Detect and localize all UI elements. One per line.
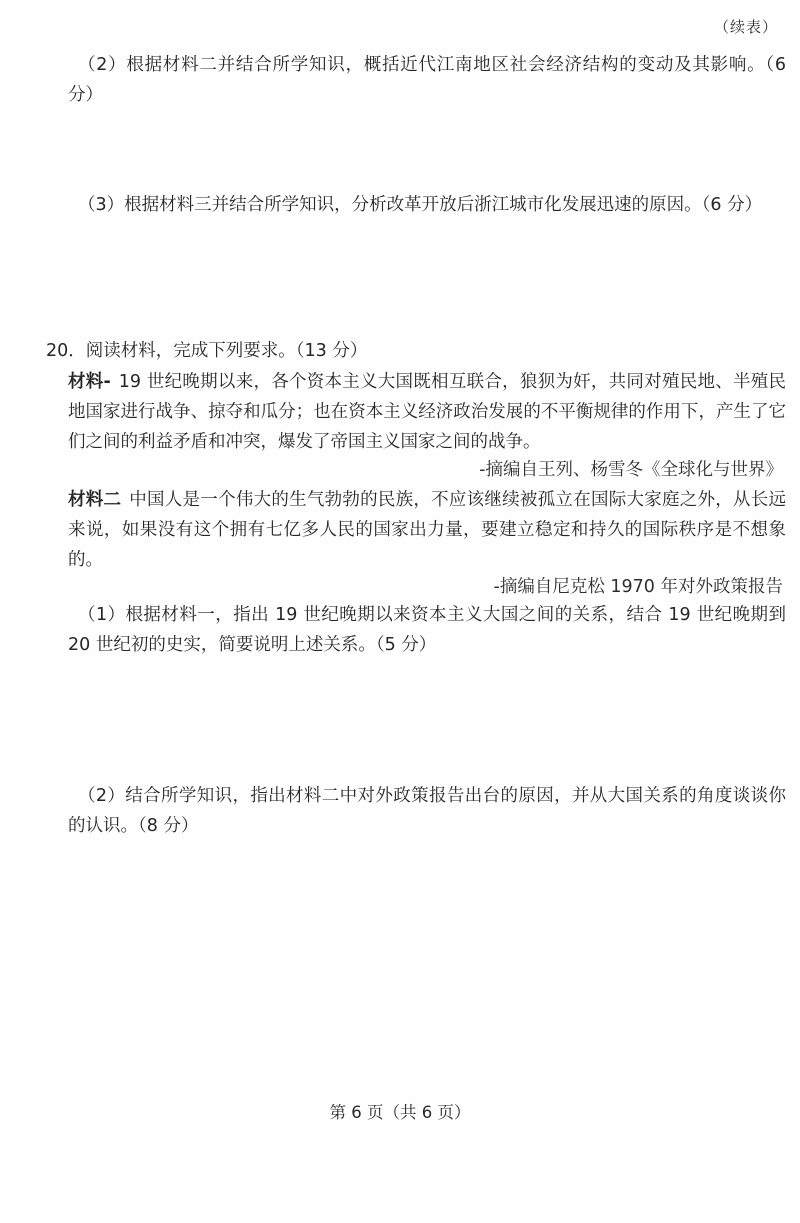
- material-2-text: 中国人是一个伟大的生气勃勃的民族，不应该继续被孤立在国际大家庭之外，从长远来说，…: [68, 490, 786, 570]
- material-1-label: 材料-: [68, 372, 111, 392]
- material-2-label: 材料二: [68, 490, 121, 510]
- material-1-paragraph: 材料-19 世纪晚期以来，各个资本主义大国既相互联合，狼狈为奸，共同对殖民地、半…: [68, 367, 786, 457]
- material-1-source: -摘编自王列、杨雪冬《全球化与世界》: [479, 455, 783, 485]
- continuation-table-note: （续表）: [714, 12, 778, 42]
- question-20-stem: 20．阅读材料，完成下列要求。（13 分）: [46, 336, 786, 366]
- material-2-source: -摘编自尼克松 1970 年对外政策报告: [494, 572, 783, 602]
- question-20-part1: （1）根据材料一，指出 19 世纪晚期以来资本主义大国之间的关系，结合 19 世…: [68, 600, 786, 660]
- page-number-footer: 第 6 页（共 6 页）: [0, 1098, 800, 1128]
- question-19-part2: （2）根据材料二并结合所学知识，概括近代江南地区社会经济结构的变动及其影响。（6…: [68, 50, 786, 110]
- question-19-part3: （3）根据材料三并结合所学知识，分析改革开放后浙江城市化发展迅速的原因。（6 分…: [68, 190, 786, 220]
- material-1-text: 19 世纪晚期以来，各个资本主义大国既相互联合，狼狈为奸，共同对殖民地、半殖民地…: [68, 372, 786, 452]
- question-20-part2: （2）结合所学知识，指出材料二中对外政策报告出台的原因，并从大国关系的角度谈谈你…: [68, 781, 786, 841]
- exam-paper-page: （续表） （2）根据材料二并结合所学知识，概括近代江南地区社会经济结构的变动及其…: [0, 0, 800, 1223]
- material-2-paragraph: 材料二中国人是一个伟大的生气勃勃的民族，不应该继续被孤立在国际大家庭之外，从长远…: [68, 485, 786, 575]
